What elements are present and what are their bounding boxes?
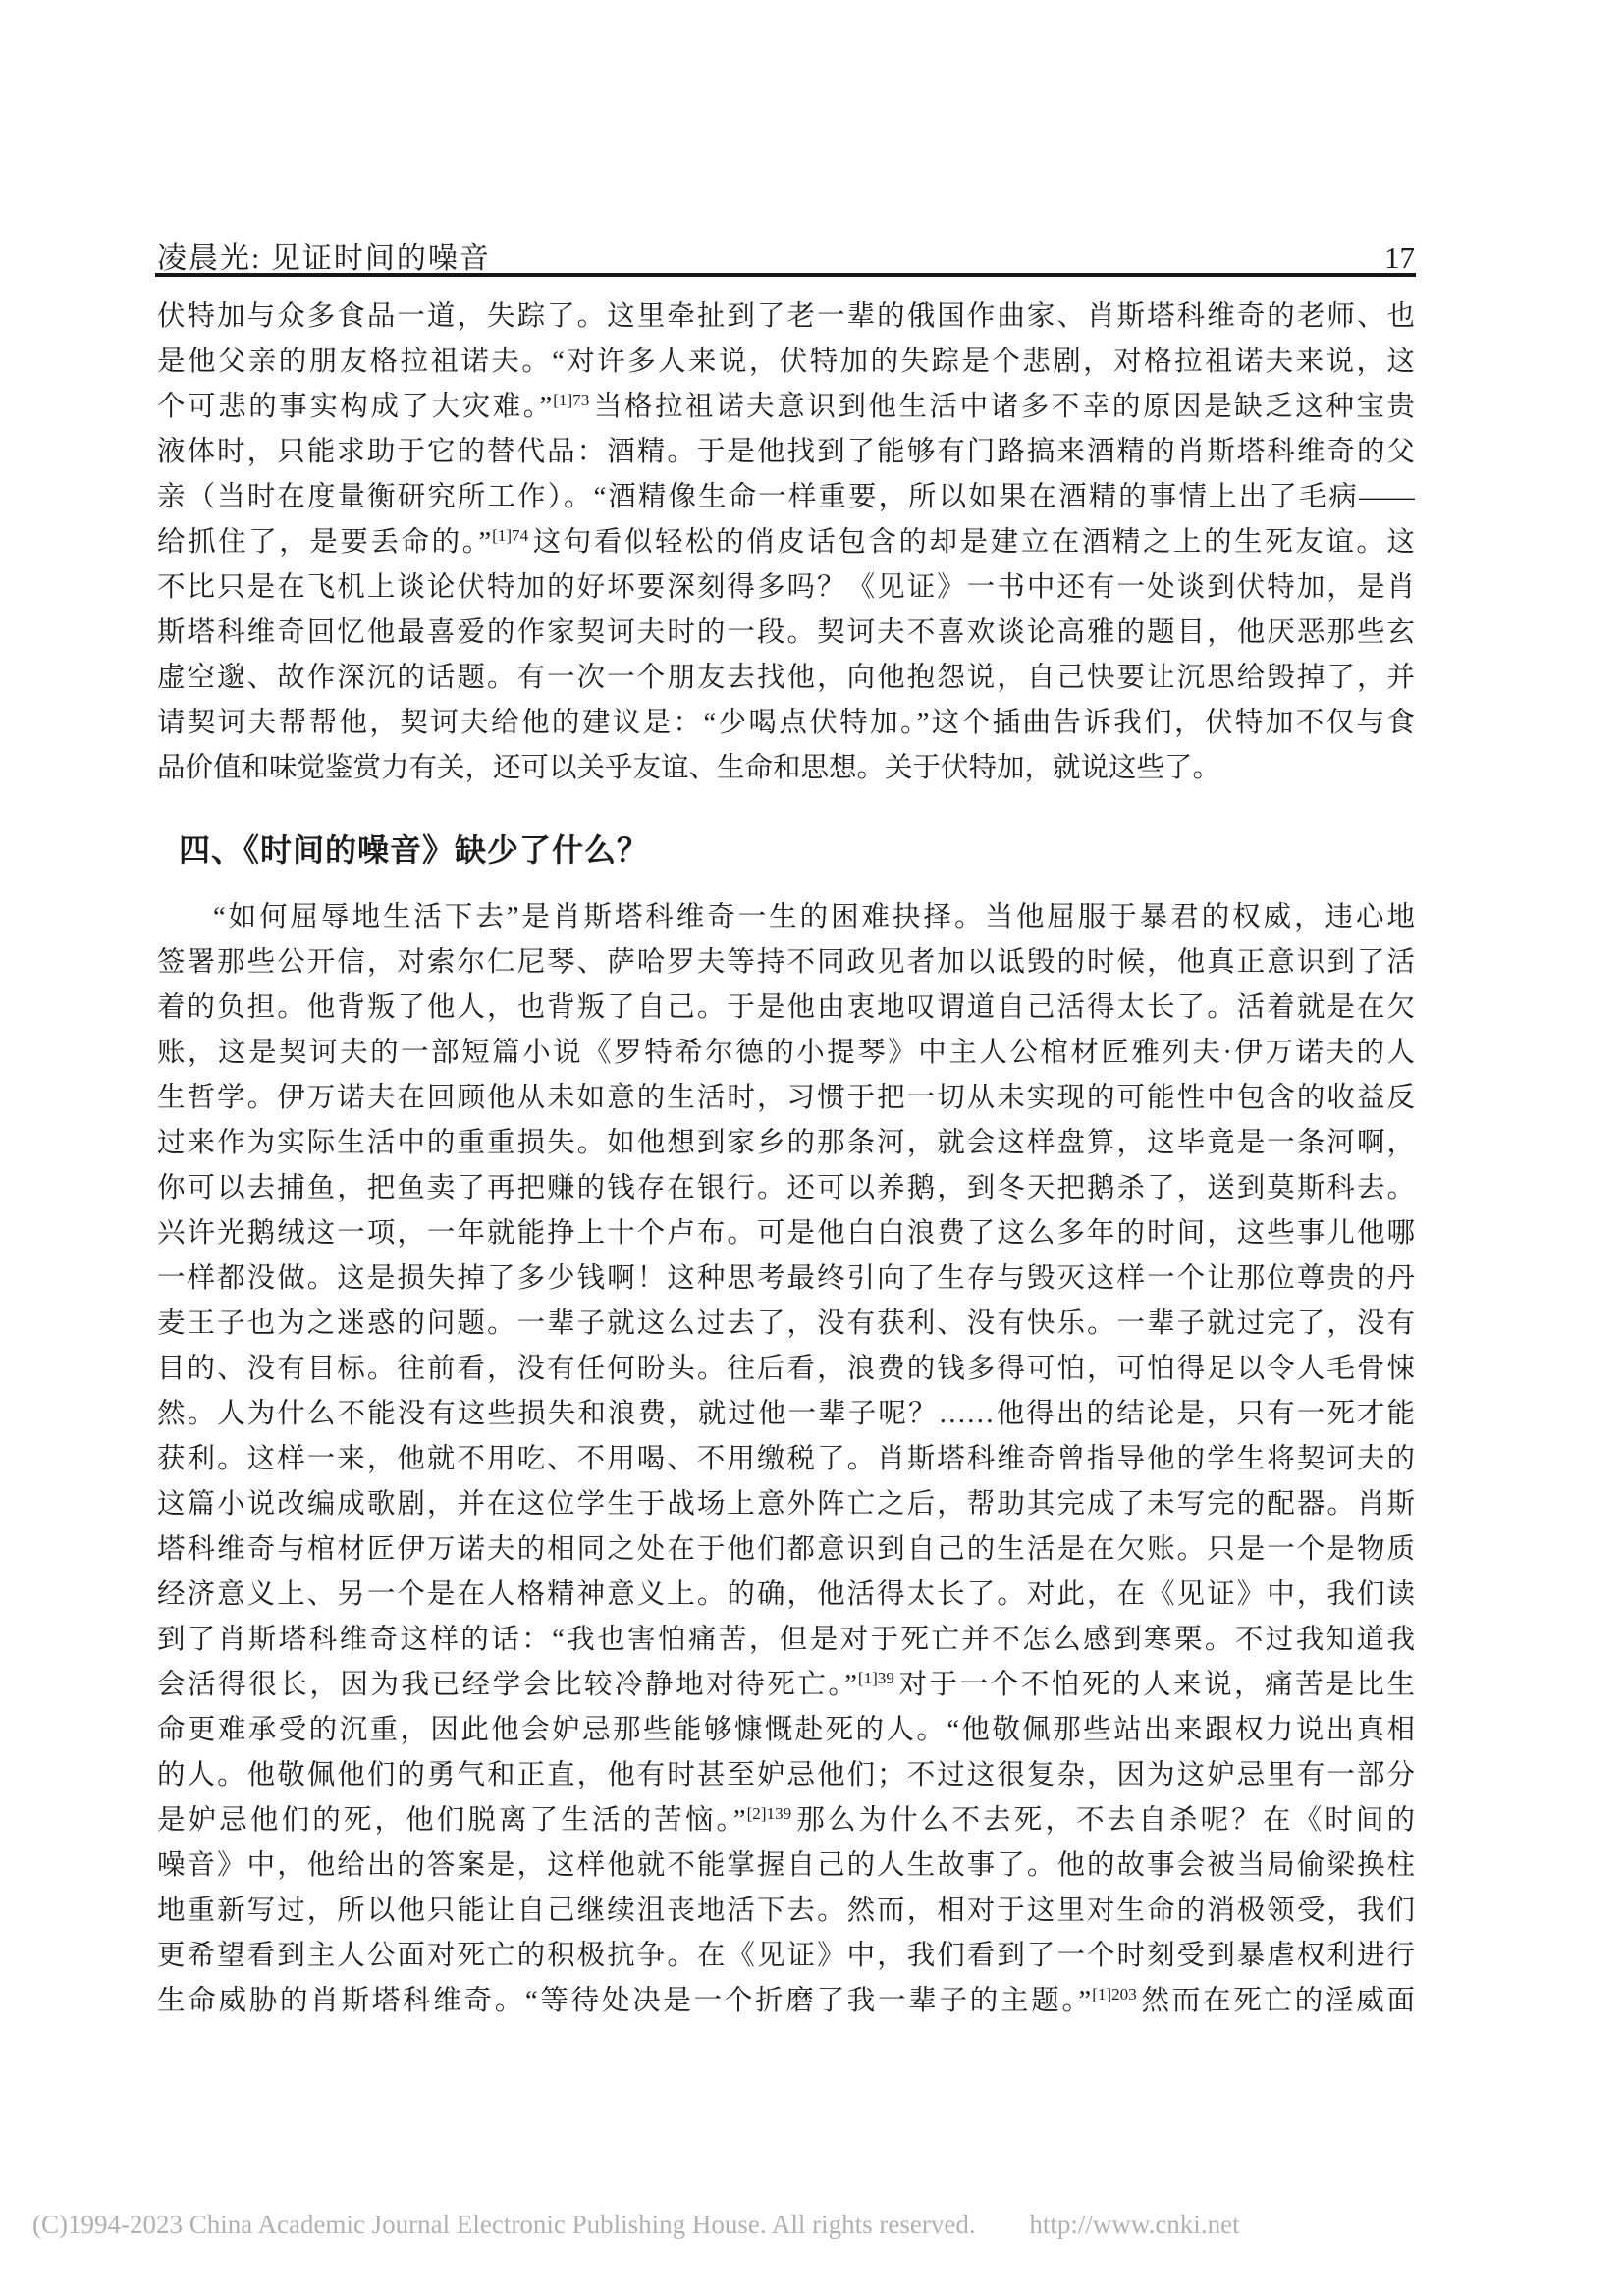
header-rule xyxy=(155,273,1416,277)
text-line: 虚空邈、故作深沉的话题。有一次一个朋友去找他，向他抱怨说，自己快要让沉思给毁掉了… xyxy=(157,656,1415,701)
text-line: 给抓住了，是要丢命的。”[1]74这句看似轻松的俏皮话包含的却是建立在酒精之上的… xyxy=(157,520,1415,565)
text-line: 品价值和味觉鉴赏力有关，还可以关乎友谊、生命和思想。关于伏特加，就说这些了。 xyxy=(157,746,1415,791)
page-header: 凌晨光: 见证时间的噪音 17 xyxy=(157,234,1415,277)
text-line: 生命威胁的肖斯塔科维奇。“等待处决是一个折磨了我一辈子的主题。”[1]203然而… xyxy=(157,1979,1415,2024)
running-title: 凌晨光: 见证时间的噪音 xyxy=(157,234,491,277)
paragraph: 伏特加与众多食品一道，失踪了。这里牵扯到了老一辈的俄国作曲家、肖斯塔科维奇的老师… xyxy=(157,294,1415,791)
text-line: 更希望看到主人公面对死亡的积极抗争。在《见证》中，我们看到了一个时刻受到暴虐权利… xyxy=(157,1934,1415,1979)
text-line: 目的、没有目标。往前看，没有任何盼头。往后看，浪费的钱多得可怕，可怕得足以令人毛… xyxy=(157,1347,1415,1392)
text-line: 签署那些公开信，对索尔仁尼琴、萨哈罗夫等持不同政见者加以诋毁的时候，他真正意识到… xyxy=(157,940,1415,986)
section-heading: 四、《时间的噪音》缺少了什么？ xyxy=(179,827,1415,874)
text-line: 斯塔科维奇回忆他最喜爱的作家契诃夫时的一段。契诃夫不喜欢谈论高雅的题目，他厌恶那… xyxy=(157,611,1415,656)
paragraph: “如何屈辱地生活下去”是肖斯塔科维奇一生的困难抉择。当他屈服于暴君的权威，违心地… xyxy=(157,895,1415,2024)
text-segment: 给抓住了，是要丢命的。” xyxy=(157,527,491,558)
text-line: 不比只是在飞机上谈论伏特加的好坏要深刻得多吗？《见证》一书中还有一处谈到伏特加，… xyxy=(157,565,1415,611)
text-segment: 当格拉祖诺夫意识到他生活中诸多不幸的原因是缺乏这种宝贵 xyxy=(591,392,1415,422)
text-line: 噪音》中，他给出的答案是，这样他就不能掌握自己的人生故事了。他的故事会被当局偷梁… xyxy=(157,1843,1415,1889)
text-line: “如何屈辱地生活下去”是肖斯塔科维奇一生的困难抉择。当他屈服于暴君的权威，违心地 xyxy=(157,895,1415,940)
footer-url: http://www.cnki.net xyxy=(1029,2210,1239,2239)
text-segment: 这句看似轻松的俏皮话包含的却是建立在酒精之上的生死友谊。这 xyxy=(530,527,1415,558)
text-line: 会活得很长，因为我已经学会比较冷静地对待死亡。”[1]39对于一个不怕死的人来说… xyxy=(157,1663,1415,1708)
footer: (C)1994-2023 China Academic Journal Elec… xyxy=(32,2209,1594,2240)
text-line: 亲（当时在度量衡研究所工作）。“酒精像生命一样重要，所以如果在酒精的事情上出了毛… xyxy=(157,475,1415,520)
text-line: 到了肖斯塔科维奇这样的话：“我也害怕痛苦，但是对于死亡并不怎么感到寒栗。不过我知… xyxy=(157,1618,1415,1663)
text-line: 地重新写过，所以他只能让自己继续沮丧地活下去。然而，相对于这里对生命的消极领受，… xyxy=(157,1889,1415,1934)
text-line: 是妒忌他们的死，他们脱离了生活的苦恼。”[2]139那么为什么不去死，不去自杀呢… xyxy=(157,1798,1415,1843)
text-line: 你可以去捕鱼，把鱼卖了再把赚的钱存在银行。还可以养鹅，到冬天把鹅杀了，送到莫斯科… xyxy=(157,1166,1415,1211)
text-line: 着的负担。他背叛了他人，也背叛了自己。于是他由衷地叹谓道自己活得太长了。活着就是… xyxy=(157,986,1415,1031)
body-text: 伏特加与众多食品一道，失踪了。这里牵扯到了老一辈的俄国作曲家、肖斯塔科维奇的老师… xyxy=(157,294,1415,2024)
text-line: 过来作为实际生活中的重重损失。如他想到家乡的那条河，就会这样盘算，这毕竟是一条河… xyxy=(157,1121,1415,1166)
text-line: 兴许光鹅绒这一项，一年就能挣上十个卢布。可是他白白浪费了这么多年的时间，这些事儿… xyxy=(157,1211,1415,1256)
journal-page: 凌晨光: 见证时间的噪音 17 伏特加与众多食品一道，失踪了。这里牵扯到了老一辈… xyxy=(0,0,1623,2296)
text-line: 的人。他敬佩他们的勇气和正直，他有时甚至妒忌他们；不过这很复杂，因为这妒忌里有一… xyxy=(157,1753,1415,1798)
text-line: 麦王子也为之迷惑的问题。一辈子就这么过去了，没有获利、没有快乐。一辈子就过完了，… xyxy=(157,1302,1415,1347)
text-line: 请契诃夫帮帮他，契诃夫给他的建议是：“少喝点伏特加。”这个插曲告诉我们，伏特加不… xyxy=(157,701,1415,746)
text-line: 命更难承受的沉重，因此他会妒忌那些能够慷慨赴死的人。“他敬佩那些站出来跟权力说出… xyxy=(157,1708,1415,1753)
citation-ref: [1]73 xyxy=(552,391,591,409)
page-number: 17 xyxy=(1384,240,1415,276)
text-line: 伏特加与众多食品一道，失踪了。这里牵扯到了老一辈的俄国作曲家、肖斯塔科维奇的老师… xyxy=(157,294,1415,340)
text-line: 一样都没做。这是损失掉了多少钱啊！这种思考最终引向了生存与毁灭这样一个让那位尊贵… xyxy=(157,1256,1415,1302)
text-segment: 是妒忌他们的死，他们脱离了生活的苦恼。” xyxy=(157,1805,746,1836)
text-line: 这篇小说改编成歌剧，并在这位学生于战场上意外阵亡之后，帮助其完成了未写完的配器。… xyxy=(157,1482,1415,1527)
text-line: 生哲学。伊万诺夫在回顾他从未如意的生活时，习惯于把一切从未实现的可能性中包含的收… xyxy=(157,1076,1415,1121)
text-segment: 那么为什么不去死，不去自杀呢？在《时间的 xyxy=(793,1805,1415,1836)
text-line: 液体时，只能求助于它的替代品：酒精。于是他找到了能够有门路搞来酒精的肖斯塔科维奇… xyxy=(157,430,1415,475)
text-segment: 会活得很长，因为我已经学会比较冷静地对待死亡。” xyxy=(157,1670,857,1700)
citation-ref: [1]39 xyxy=(857,1669,896,1687)
text-line: 塔科维奇与棺材匠伊万诺夫的相同之处在于他们都意识到自己的生活是在欠账。只是一个是… xyxy=(157,1527,1415,1573)
citation-ref: [1]203 xyxy=(1091,1985,1139,2003)
citation-ref: [1]74 xyxy=(491,526,530,545)
text-segment: 个可悲的事实构成了大灾难。” xyxy=(157,392,552,422)
text-line: 经济意义上、另一个是在人格精神意义上。的确，他活得太长了。对此，在《见证》中，我… xyxy=(157,1573,1415,1618)
footer-copyright: (C)1994-2023 China Academic Journal Elec… xyxy=(32,2210,976,2239)
text-line: 是他父亲的朋友格拉祖诺夫。“对许多人来说，伏特加的失踪是个悲剧，对格拉祖诺夫来说… xyxy=(157,340,1415,385)
text-line: 获利。这样一来，他就不用吃、不用喝、不用缴税了。肖斯塔科维奇曾指导他的学生将契诃… xyxy=(157,1437,1415,1482)
text-segment: 生命威胁的肖斯塔科维奇。“等待处决是一个折磨了我一辈子的主题。” xyxy=(157,1986,1091,2016)
citation-ref: [2]139 xyxy=(746,1804,794,1823)
text-segment: 然而在死亡的淫威面 xyxy=(1139,1986,1415,2016)
text-line: 个可悲的事实构成了大灾难。”[1]73当格拉祖诺夫意识到他生活中诸多不幸的原因是… xyxy=(157,385,1415,430)
text-line: 然。人为什么不能没有这些损失和浪费，就过他一辈子呢？……他得出的结论是，只有一死… xyxy=(157,1392,1415,1437)
text-segment: 对于一个不怕死的人来说，痛苦是比生 xyxy=(896,1670,1415,1700)
text-line: 账，这是契诃夫的一部短篇小说《罗特希尔德的小提琴》中主人公棺材匠雅列夫·伊万诺夫… xyxy=(157,1031,1415,1076)
